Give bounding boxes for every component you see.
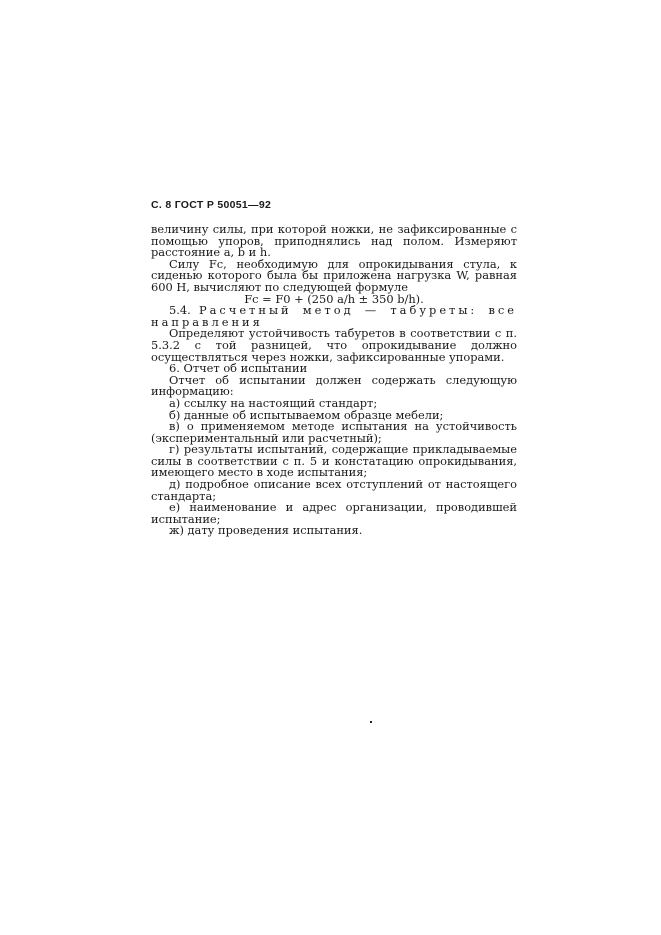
list-item: в) о применяемом методе испытания на уст… bbox=[151, 421, 517, 444]
page-header: С. 8 ГОСТ Р 50051—92 bbox=[151, 199, 271, 211]
list-item: г) результаты испытаний, содержащие прик… bbox=[151, 444, 517, 479]
list-item: е) наименование и адрес организации, про… bbox=[151, 502, 517, 525]
list-item: д) подробное описание всех отступлений о… bbox=[151, 479, 517, 502]
section-5-4-heading: 5.4. Расчетный метод — табуреты: все нап… bbox=[151, 305, 517, 328]
page-body: величину силы, при которой ножки, не заф… bbox=[151, 224, 517, 537]
section-title: Расчетный метод — табуреты: все направле… bbox=[151, 303, 517, 329]
scan-speck bbox=[370, 721, 372, 723]
section-5-4-text: Определяют устойчивость табуретов в соот… bbox=[151, 328, 517, 363]
paragraph-continuation: величину силы, при которой ножки, не заф… bbox=[151, 224, 517, 259]
page-number: С. 8 bbox=[151, 199, 171, 211]
standard-code: ГОСТ Р 50051—92 bbox=[175, 199, 271, 211]
section-6-intro: Отчет об испытании должен содержать след… bbox=[151, 375, 517, 398]
list-item: ж) дату проведения испытания. bbox=[151, 525, 517, 537]
paragraph-force: Силу Fc, необходимую для опрокидывания с… bbox=[151, 259, 517, 294]
